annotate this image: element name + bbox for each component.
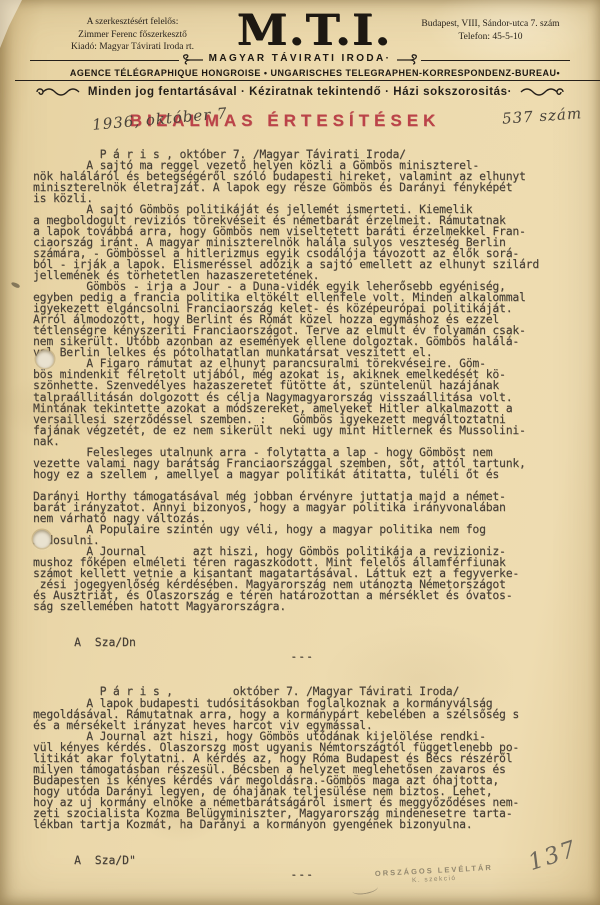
dispatch-section-1: P á r i s , október 7. /Magyar Távirati … [33, 149, 576, 613]
title-row: BIZALMAS ÉRTESÍTÉSEK 1936, október 7 537… [0, 109, 600, 143]
bulletin-body: BIZALMAS ÉRTESÍTÉSEK 1936, október 7 537… [0, 109, 600, 896]
section-separator: --- [290, 649, 314, 663]
scroll-ornament-icon [35, 85, 81, 99]
dispatch-section-2: P á r i s , október 7. /Magyar Távirati … [33, 686, 576, 830]
punch-hole [33, 530, 51, 548]
page-title: BIZALMAS ÉRTESÍTÉSEK [0, 111, 570, 131]
address-line: Telefon: 45-5-10 [403, 31, 578, 44]
mti-logo: M.T.I. [237, 12, 392, 49]
rights-notice: Minden jog fentartásával · Kéziratnak te… [82, 86, 518, 98]
address-line: Budapest, VIII, Sándor-utca 7. szám [403, 18, 578, 31]
scroll-ornament-icon [180, 52, 204, 66]
signoff-row: A Sza/D" --- [33, 839, 576, 895]
handwritten-issue-number: 537 szám [501, 104, 582, 128]
signoff-initials: A Sza/D" [74, 853, 136, 867]
scroll-ornament-icon [396, 52, 420, 66]
editor-line: Zimmer Ferenc főszerkesztő [40, 29, 225, 42]
signoff-row: A Sza/Dn --- [33, 621, 576, 677]
rule-line [421, 60, 570, 61]
rule-line [30, 60, 179, 61]
section-separator: --- [290, 867, 314, 881]
letterhead: A szerkesztésért felelős: Zimmer Ferenc … [0, 0, 600, 99]
agency-banner: AGENCE TÉLÉGRAPHIQUE HONGROISE • UNGARIS… [15, 68, 600, 81]
editor-line: A szerkesztésért felelős: [40, 16, 225, 29]
address-info: Budapest, VIII, Sándor-utca 7. szám Tele… [403, 10, 578, 44]
scroll-ornament-icon [519, 85, 565, 99]
signoff-initials: A Sza/Dn [74, 635, 136, 649]
document-page: A szerkesztésért felelős: Zimmer Ferenc … [0, 0, 600, 905]
punch-hole [36, 350, 54, 368]
editor-info: A szerkesztésért felelős: Zimmer Ferenc … [40, 10, 225, 54]
notice-row: Minden jog fentartásával · Kéziratnak te… [26, 85, 574, 99]
